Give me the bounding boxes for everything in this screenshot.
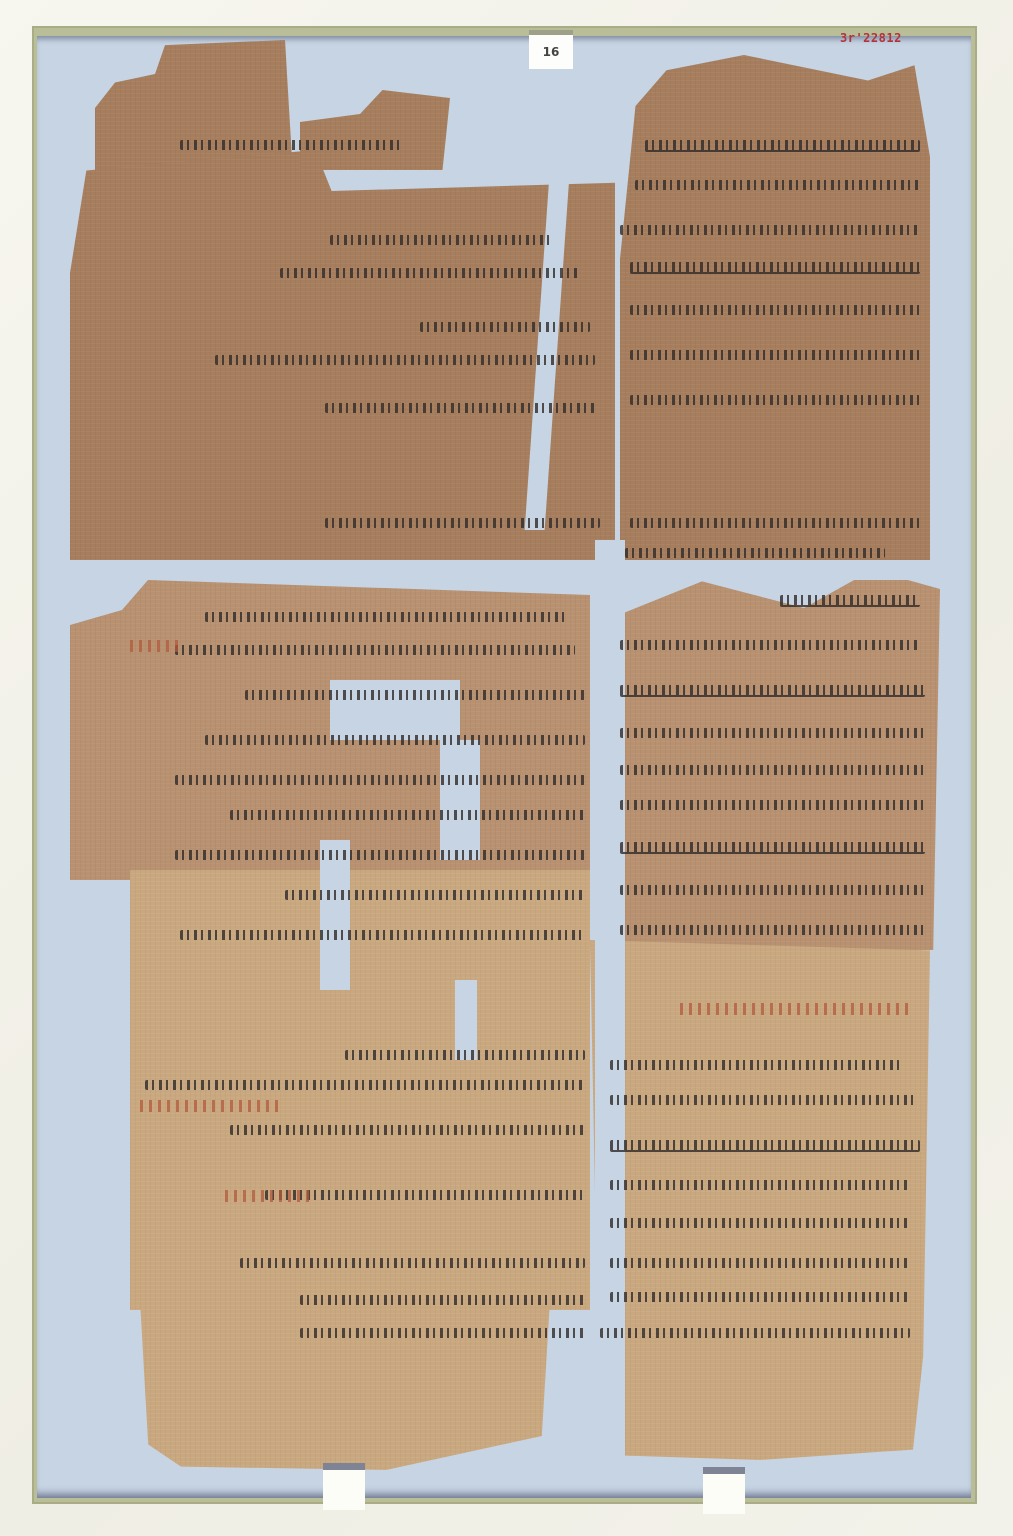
papyrus-fragment <box>140 1300 550 1470</box>
text-line <box>215 355 595 365</box>
text-line <box>620 925 925 935</box>
red-rubric <box>140 1100 280 1112</box>
text-line <box>175 645 575 655</box>
text-line <box>630 350 920 360</box>
text-line <box>285 890 585 900</box>
text-line <box>230 810 585 820</box>
text-line <box>630 395 920 405</box>
text-line <box>630 305 920 315</box>
text-line <box>645 140 920 152</box>
text-line <box>180 930 585 940</box>
text-line <box>620 685 925 697</box>
plate-number-label: 16 <box>529 30 573 69</box>
red-rubric <box>225 1190 315 1202</box>
papyrus-fragment <box>590 940 930 1460</box>
red-rubric <box>680 1003 910 1015</box>
text-line <box>635 180 920 190</box>
text-line <box>610 1095 915 1105</box>
text-line <box>420 322 590 332</box>
text-line <box>300 1328 585 1338</box>
papyrus-gap <box>80 560 940 580</box>
text-line <box>325 518 600 528</box>
text-line <box>205 735 585 745</box>
text-line <box>205 612 565 622</box>
text-line <box>610 1180 910 1190</box>
text-line <box>610 1258 910 1268</box>
text-line <box>245 690 585 700</box>
text-line <box>620 800 925 810</box>
text-line <box>630 518 920 528</box>
catalog-stamp: 3r'22812 <box>840 31 902 45</box>
papyrus-gap <box>455 980 477 1060</box>
text-line <box>345 1050 585 1060</box>
text-line <box>620 225 920 235</box>
bottom-label-left <box>323 1463 365 1510</box>
text-line <box>610 1218 910 1228</box>
text-line <box>180 140 400 150</box>
red-rubric <box>130 640 180 652</box>
text-line <box>780 595 920 607</box>
text-line <box>300 1295 585 1305</box>
papyrus-gap <box>595 540 625 1460</box>
text-line <box>620 640 920 650</box>
bottom-label-right <box>703 1467 745 1514</box>
text-line <box>280 268 580 278</box>
text-line <box>620 842 925 854</box>
text-line <box>610 1060 900 1070</box>
text-line <box>145 1080 585 1090</box>
text-line <box>330 235 550 245</box>
text-line <box>175 775 585 785</box>
text-line <box>240 1258 585 1268</box>
text-line <box>175 850 585 860</box>
text-line <box>630 262 920 274</box>
text-line <box>230 1125 585 1135</box>
papyrus-gap <box>320 840 350 990</box>
text-line <box>325 403 595 413</box>
text-line <box>625 548 885 558</box>
text-line <box>610 1140 920 1152</box>
text-line <box>620 885 925 895</box>
text-line <box>620 728 925 738</box>
text-line <box>610 1292 910 1302</box>
papyrus-gap <box>440 740 480 860</box>
papyrus-gap <box>330 680 460 740</box>
text-line <box>600 1328 910 1338</box>
text-line <box>620 765 925 775</box>
